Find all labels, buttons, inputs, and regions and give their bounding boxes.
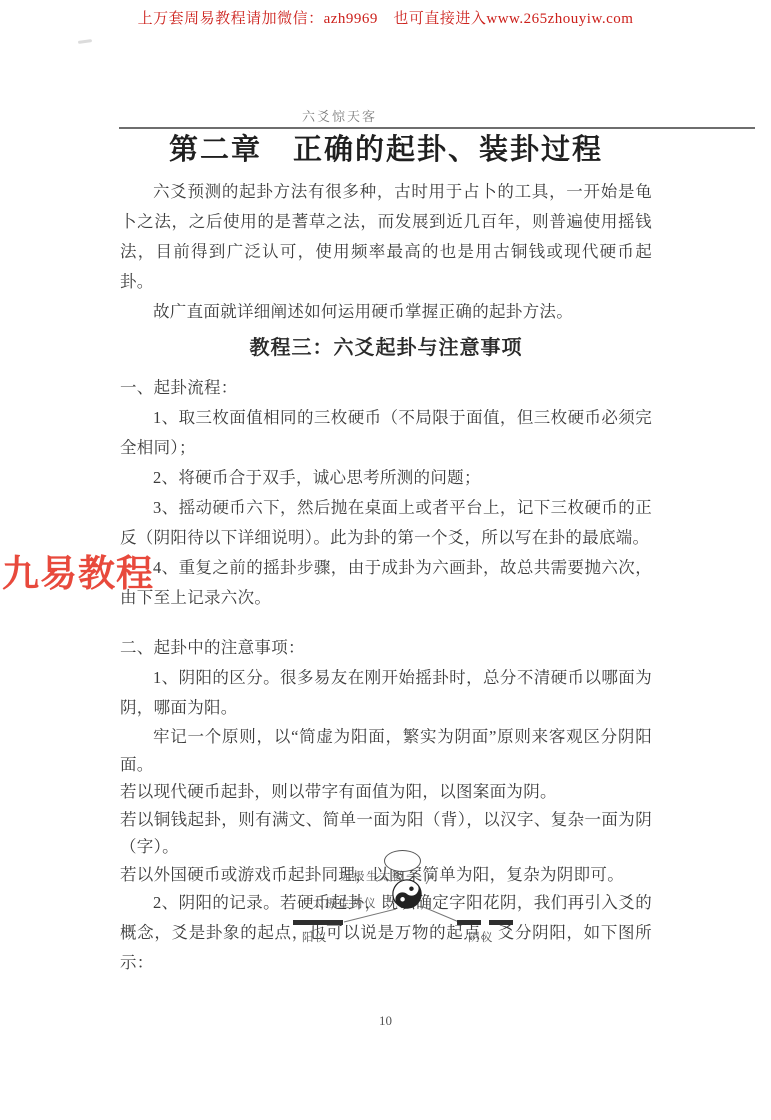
step-item-3: 3、摇动硬币六下，然后抛在桌面上或者平台上，记下三枚硬币的正反（阴阳待以下详细说… [120, 493, 652, 553]
yin-line-bar-left [457, 920, 481, 925]
label-yang-yi: 阳仪 [302, 929, 328, 945]
label-yin-yi: 阴仪 [468, 929, 494, 945]
part1-title: 一、起卦流程： [120, 373, 652, 403]
taiji-diagram: 无极生太极 太极生两仪 阳仪 阴仪 [280, 843, 520, 953]
label-wuji-to-taiji: 无极生太极 [340, 868, 405, 884]
label-taiji-to-liangyi: 太极生两仪 [312, 895, 377, 911]
chapter-title: 第二章 正确的起卦、装卦过程 [120, 131, 652, 169]
part2-title: 二、起卦中的注意事项： [120, 633, 652, 663]
intro-paragraph-1: 六爻预测的起卦方法有很多种，古时用于占卜的工具，一开始是龟卜之法，之后使用的是蓍… [120, 177, 652, 297]
principle-line: 牢记一个原则，以“简虚为阳面，繁实为阴面”原则来客观区分阴阳面。 [120, 723, 652, 778]
scan-artifact-mark [78, 39, 92, 44]
watermark-text: 九易教程 [2, 543, 154, 597]
running-head: 六爻惊天客 [302, 106, 377, 125]
yin-line-bar-right [489, 920, 513, 925]
promo-banner-text: 上万套周易教程请加微信：azh9969 也可直接进入www.265zhouyiw… [0, 7, 771, 28]
step-item-1: 1、取三枚面值相同的三枚硬币（不局限于面值，但三枚硬币必须完全相同）； [120, 403, 652, 463]
header-rule-line [119, 127, 755, 129]
scanned-book-page: 上万套周易教程请加微信：azh9969 也可直接进入www.265zhouyiw… [0, 0, 771, 1120]
page-number: 10 [0, 1013, 771, 1029]
section-heading: 教程三：六爻起卦与注意事项 [120, 333, 652, 363]
intro-paragraph-2: 故广直面就详细阐述如何运用硬币掌握正确的起卦方法。 [120, 297, 652, 327]
yang-line-bar [293, 920, 343, 925]
step-item-4: 4、重复之前的摇卦步骤，由于成卦为六画卦，故总共需要抛六次，由下至上记录六次。 [120, 553, 652, 613]
rule-modern-coin: 若以现代硬币起卦，则以带字有面值为阳，以图案面为阴。 [120, 778, 652, 806]
note-yin-yang-distinction: 1、阴阳的区分。很多易友在刚开始摇卦时，总分不清硬币以哪面为阴，哪面为阳。 [120, 663, 652, 723]
step-item-2: 2、将硬币合于双手，诚心思考所测的问题； [120, 463, 652, 493]
